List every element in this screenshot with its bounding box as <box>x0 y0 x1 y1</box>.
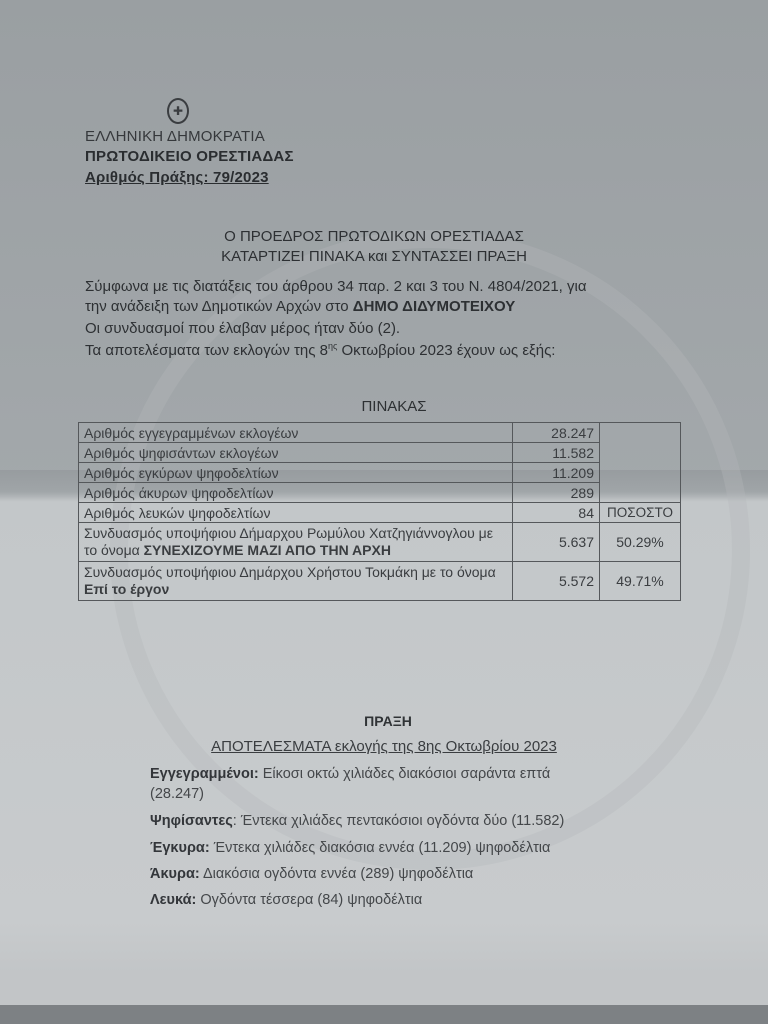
row-label: Αριθμός λευκών ψηφοδελτίων <box>79 503 513 523</box>
candidate-percent: 50.29% <box>600 523 681 562</box>
result-text: Έντεκα χιλιάδες διακόσια εννέα (11.209) … <box>210 840 551 856</box>
result-text: Είκοσι οκτώ χιλιάδες διακόσιοι σαράντα ε… <box>259 766 551 782</box>
republic-heading: ΕΛΛΗΝΙΚΗ ΔΗΜΟΚΡΑΤΙΑ <box>85 128 265 145</box>
table-row: Αριθμός εγγεγραμμένων εκλογέων 28.247 <box>79 423 681 443</box>
candidate-percent: 49.71% <box>600 562 681 601</box>
candidate-row: Συνδυασμός υποψήφιου Δήμαρχου Ρωμύλου Χα… <box>79 523 681 562</box>
row-label: Αριθμός άκυρων ψηφοδελτίων <box>79 483 513 503</box>
intro-line3: Οι συνδυασμοί που έλαβαν μέρος ήταν δύο … <box>85 320 400 337</box>
result-label: Άκυρα: <box>150 866 200 882</box>
document-title-line2: ΚΑΤΑΡΤΙΖΕΙ ΠΙΝΑΚΑ και ΣΥΝΤΑΣΣΕΙ ΠΡΑΞΗ <box>0 248 758 265</box>
coalition-name: Επί το έργον <box>84 581 169 597</box>
result-label: Εγγεγραμμένοι: <box>150 766 259 782</box>
result-text: Διακόσια ογδόντα εννέα (289) ψηφοδέλτια <box>200 866 474 882</box>
result-label: Έγκυρα: <box>150 840 210 856</box>
row-label: Αριθμός ψηφισάντων εκλογέων <box>79 443 513 463</box>
act-section-title: ΠΡΑΞΗ <box>4 713 768 729</box>
row-value: 11.209 <box>513 463 600 483</box>
ordinal-suffix: ης <box>328 341 337 351</box>
result-text: : Έντεκα χιλιάδες πεντακόσιοι ογδόντα δύ… <box>233 813 565 829</box>
candidate-votes: 5.572 <box>513 562 600 601</box>
coalition-name: ΣΥΝΕΧΙΖΟΥΜΕ ΜΑΖΙ ΑΠΟ ΤΗΝ ΑΡΧΗ <box>144 542 391 558</box>
row-value: 28.247 <box>513 423 600 443</box>
result-label: Λευκά: <box>150 892 196 908</box>
result-text: Ογδόντα τέσσερα (84) ψηφοδέλτια <box>196 892 422 908</box>
result-voted: Ψηφίσαντες: Έντεκα χιλιάδες πεντακόσιοι … <box>150 813 564 829</box>
result-registered: Εγγεγραμμένοι: Είκοσι οκτώ χιλιάδες διακ… <box>150 766 550 782</box>
result-registered-number: (28.247) <box>150 786 204 802</box>
municipality-name: ΔΗΜΟ ΔΙΔΥΜΟΤΕΙΧΟΥ <box>353 298 516 315</box>
row-value: 289 <box>513 483 600 503</box>
row-label: Αριθμός εγγεγραμμένων εκλογέων <box>79 423 513 443</box>
page-bottom-edge <box>0 1005 768 1024</box>
table-row: Αριθμός ψηφισάντων εκλογέων 11.582 <box>79 443 681 463</box>
row-value: 11.582 <box>513 443 600 463</box>
candidate-label: Συνδυασμός υποψήφιου Δημάρχου Χρήστου Το… <box>79 562 513 601</box>
intro-line2-text: την ανάδειξη των Δημοτικών Αρχών στο <box>85 298 353 315</box>
table-row: Αριθμός εγκύρων ψηφοδελτίων 11.209 <box>79 463 681 483</box>
intro-line4: Τα αποτελέσματα των εκλογών της 8ης Οκτω… <box>85 341 555 359</box>
candidate-description: Συνδυασμός υποψήφιου Δημάρχου Χρήστου Το… <box>84 564 496 580</box>
court-heading: ΠΡΩΤΟΔΙΚΕΙΟ ΟΡΕΣΤΙΑΔΑΣ <box>85 148 294 165</box>
act-section-subtitle: ΑΠΟΤΕΛΕΣΜΑΤΑ εκλογής της 8ης Οκτωβρίου 2… <box>0 738 768 755</box>
table-title: ΠΙΝΑΚΑΣ <box>10 398 768 415</box>
result-valid: Έγκυρα: Έντεκα χιλιάδες διακόσια εννέα (… <box>150 840 550 856</box>
table-row: Αριθμός λευκών ψηφοδελτίων 84 ΠΟΣΟΣΤΟ <box>79 503 681 523</box>
row-label: Αριθμός εγκύρων ψηφοδελτίων <box>79 463 513 483</box>
row-value: 84 <box>513 503 600 523</box>
greek-coat-of-arms-icon: ✚ <box>167 98 189 124</box>
percent-header: ΠΟΣΟΣΤΟ <box>600 503 681 523</box>
document-title-line1: Ο ΠΡΟΕΔΡΟΣ ΠΡΩΤΟΔΙΚΩΝ ΟΡΕΣΤΙΑΔΑΣ <box>0 228 758 245</box>
table-row: Αριθμός άκυρων ψηφοδελτίων 289 <box>79 483 681 503</box>
result-invalid: Άκυρα: Διακόσια ογδόντα εννέα (289) ψηφο… <box>150 866 473 882</box>
candidate-row: Συνδυασμός υποψήφιου Δημάρχου Χρήστου Το… <box>79 562 681 601</box>
candidate-votes: 5.637 <box>513 523 600 562</box>
result-blank: Λευκά: Ογδόντα τέσσερα (84) ψηφοδέλτια <box>150 892 422 908</box>
intro-line4-text: Τα αποτελέσματα των εκλογών της 8 <box>85 342 328 359</box>
percent-blank <box>600 423 681 503</box>
intro-line1: Σύμφωνα με τις διατάξεις του άρθρου 34 π… <box>85 278 587 295</box>
candidate-label: Συνδυασμός υποψήφιου Δήμαρχου Ρωμύλου Χα… <box>79 523 513 562</box>
intro-line2: την ανάδειξη των Δημοτικών Αρχών στο ΔΗΜ… <box>85 298 515 315</box>
results-table: Αριθμός εγγεγραμμένων εκλογέων 28.247 Αρ… <box>78 422 681 601</box>
act-number: Αριθμός Πράξης: 79/2023 <box>85 169 269 186</box>
result-label: Ψηφίσαντες <box>150 813 233 829</box>
intro-line4-suffix: Οκτωβρίου 2023 έχουν ως εξής: <box>337 342 555 359</box>
